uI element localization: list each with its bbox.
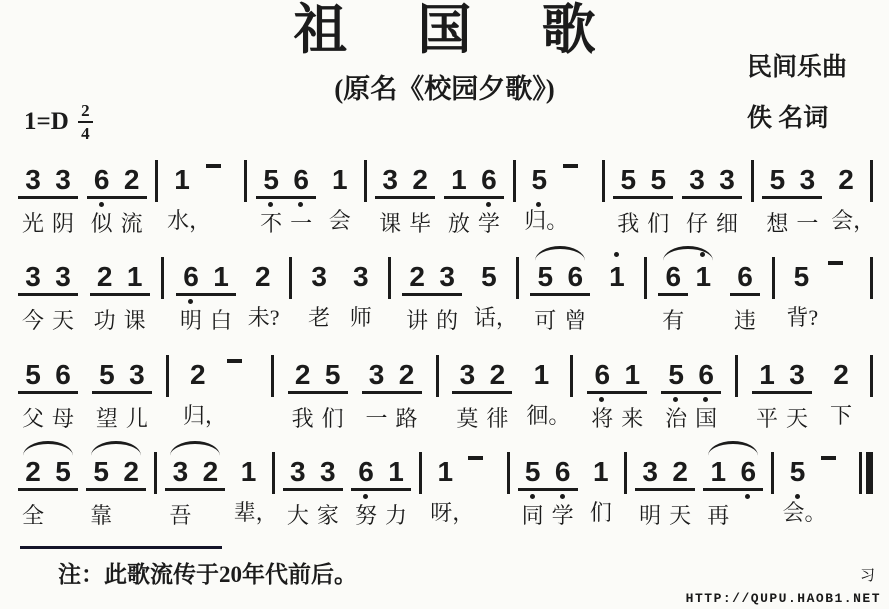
note-row xyxy=(468,440,498,488)
octave-dot-low xyxy=(188,299,193,304)
lyric: 背? xyxy=(786,304,816,332)
lyric-row: 吾 xyxy=(165,502,225,530)
lyric: 课 xyxy=(120,307,150,335)
lyric-row: 课毕 xyxy=(375,210,435,238)
lyric-row: 同学 xyxy=(518,502,578,530)
lyric: 徘 xyxy=(482,405,512,433)
note-row: 1 xyxy=(234,440,264,488)
note: 1 xyxy=(120,261,150,293)
note-group: 2归， xyxy=(183,343,213,430)
note-group: 5话， xyxy=(474,245,504,332)
lyric: 今 xyxy=(18,307,48,335)
lyric: 母 xyxy=(48,405,78,433)
lyric xyxy=(733,502,763,530)
lyric: 来 xyxy=(617,405,647,433)
note: 6 xyxy=(560,261,590,293)
note: 3 xyxy=(792,164,822,196)
octave-dot-low xyxy=(536,202,541,207)
note: 3 xyxy=(48,261,78,293)
meter-numerator: 2 xyxy=(81,102,90,119)
staff-system: 25全52靠32吾1辈，33大家61努力1呀，56同学1们32明天16再5会。 xyxy=(18,440,873,530)
note: 2 xyxy=(826,359,856,391)
lyric: 可 xyxy=(530,307,560,335)
note-group: 3老 xyxy=(304,245,334,332)
note xyxy=(227,359,257,391)
barline xyxy=(272,452,275,494)
note: 5 xyxy=(786,261,816,293)
lyric-row: 下 xyxy=(826,402,856,430)
dash-mark xyxy=(821,456,836,460)
lyric: 国 xyxy=(691,405,721,433)
barline xyxy=(154,452,157,494)
note-group: 62似流 xyxy=(87,148,147,238)
lyric: 路 xyxy=(392,405,422,433)
slur-arc xyxy=(170,441,220,456)
note-group xyxy=(227,343,257,402)
note-row: 62 xyxy=(87,148,147,199)
note-group: 13平天 xyxy=(752,343,812,433)
note: 1 xyxy=(526,359,556,391)
note: 6 xyxy=(474,164,504,196)
note: 2 xyxy=(248,261,278,293)
lyric: 课 xyxy=(375,210,405,238)
lyric-row: 违 xyxy=(730,307,760,335)
note-row: 2 xyxy=(831,148,861,196)
meter-denominator: 4 xyxy=(81,125,90,142)
lyric: 归， xyxy=(183,402,213,430)
note: 1 xyxy=(602,261,632,293)
key-signature: 1=D 2 4 xyxy=(24,102,93,142)
note-row xyxy=(227,343,257,391)
lyric: 学 xyxy=(474,210,504,238)
note: 2 xyxy=(195,456,225,488)
note: 6 xyxy=(733,456,763,488)
note-group: 1呀， xyxy=(430,440,460,527)
note-row: 1 xyxy=(602,245,632,293)
note-group: 52靠 xyxy=(86,440,146,530)
note-row: 32 xyxy=(452,343,512,394)
slur-arc xyxy=(663,246,713,261)
note: 1 xyxy=(206,261,236,293)
lyric-row: 莫徘 xyxy=(452,405,512,433)
note-row: 56 xyxy=(518,440,578,491)
note-group: 32莫徘 xyxy=(452,343,512,433)
note-row: 32 xyxy=(375,148,435,199)
note: 5 xyxy=(783,456,813,488)
note-group: 53想一 xyxy=(762,148,822,238)
barline xyxy=(419,452,422,494)
note-group: 2下 xyxy=(826,343,856,430)
lyric-row: 全 xyxy=(18,502,78,530)
note-row: 53 xyxy=(762,148,822,199)
note-group: 32课毕 xyxy=(375,148,435,238)
note-row: 61 xyxy=(176,245,236,296)
note: 5 xyxy=(86,456,116,488)
note-group: 33大家 xyxy=(283,440,343,530)
lyric: 讲 xyxy=(402,307,432,335)
note: 6 xyxy=(351,456,381,488)
note: 3 xyxy=(48,164,78,196)
credits-block: 民间乐曲 佚 名词 xyxy=(747,42,847,145)
lyric-row: 有 xyxy=(658,307,718,335)
note: 2 xyxy=(116,456,146,488)
lyric-row: 一路 xyxy=(362,405,422,433)
lyric: 将 xyxy=(587,405,617,433)
note-group: 61将来 xyxy=(587,343,647,433)
lyric-row: 老 xyxy=(304,304,334,332)
note-group xyxy=(821,440,851,499)
lyric-row: 归。 xyxy=(524,207,554,235)
note: 6 xyxy=(691,359,721,391)
note xyxy=(828,261,858,293)
lyric: 仔 xyxy=(682,210,712,238)
note-group: 61明白 xyxy=(176,245,236,335)
lyric: 莫 xyxy=(452,405,482,433)
lyric-row: 大家 xyxy=(283,502,343,530)
final-barline-thick xyxy=(866,452,873,494)
lyric: 治 xyxy=(661,405,691,433)
lyric-row: 功课 xyxy=(90,307,150,335)
note-row: 32 xyxy=(635,440,695,491)
note-row: 2 xyxy=(248,245,278,293)
lyric-row: 光阴 xyxy=(18,210,78,238)
lyric-row: 我们 xyxy=(613,210,673,238)
key-tonic: 1=D xyxy=(24,108,69,136)
lyric: 会。 xyxy=(783,499,813,527)
note-row: 23 xyxy=(402,245,462,296)
note xyxy=(563,164,593,196)
lyric: 师 xyxy=(346,304,376,332)
lyric-row: 徊。 xyxy=(526,402,556,430)
dash-mark xyxy=(828,261,843,265)
note-group: 32吾 xyxy=(165,440,225,530)
lyric: 们 xyxy=(318,405,348,433)
watermark-glyph: 习 xyxy=(860,564,875,585)
lyric-row: 辈， xyxy=(234,499,264,527)
note-group: 1会 xyxy=(325,148,355,235)
note-group: 3师 xyxy=(346,245,376,332)
barline xyxy=(570,355,573,397)
note-group: 1徊。 xyxy=(526,343,556,430)
note-group: 5会。 xyxy=(783,440,813,527)
note: 5 xyxy=(92,359,122,391)
lyric: 明 xyxy=(635,502,665,530)
note: 2 xyxy=(117,164,147,196)
lyric: 老 xyxy=(304,304,334,332)
note-row: 56 xyxy=(18,343,78,394)
note-group: 25我们 xyxy=(288,343,348,433)
note-row: 61 xyxy=(587,343,647,394)
note-row: 13 xyxy=(752,343,812,394)
note-group: 33仔细 xyxy=(682,148,742,238)
lyric xyxy=(195,502,225,530)
lyric-row: 治国 xyxy=(661,405,721,433)
credit-music: 民间乐曲 xyxy=(747,42,847,93)
note: 3 xyxy=(122,359,152,391)
note-group: 56同学 xyxy=(518,440,578,530)
note-group: 1 xyxy=(602,245,632,304)
note: 2 xyxy=(392,359,422,391)
lyric: 曾 xyxy=(560,307,590,335)
lyric: 流 xyxy=(117,210,147,238)
note xyxy=(206,164,236,196)
barline xyxy=(735,355,738,397)
note: 6 xyxy=(730,261,760,296)
lyric: 放 xyxy=(444,210,474,238)
barline xyxy=(602,160,605,202)
note: 2 xyxy=(831,164,861,196)
lyric-row: 望儿 xyxy=(92,405,152,433)
note-group: 21功课 xyxy=(90,245,150,335)
note: 3 xyxy=(375,164,405,196)
barline xyxy=(870,257,873,299)
barline xyxy=(870,160,873,202)
lyric: 力 xyxy=(381,502,411,530)
barline xyxy=(507,452,510,494)
note-row: 16 xyxy=(703,440,763,491)
note: 5 xyxy=(474,261,504,293)
note: 5 xyxy=(318,359,348,391)
note-row: 56 xyxy=(661,343,721,394)
lyric: 天 xyxy=(782,405,812,433)
octave-dot-low xyxy=(486,202,491,207)
barline xyxy=(870,355,873,397)
lyric: 呀， xyxy=(430,499,460,527)
lyric-row: 会 xyxy=(325,207,355,235)
note: 1 xyxy=(703,456,733,488)
note-row xyxy=(828,245,858,293)
barline xyxy=(161,257,164,299)
note-group: 16再 xyxy=(703,440,763,530)
barline xyxy=(771,452,774,494)
lyric: 一 xyxy=(362,405,392,433)
note-row: 55 xyxy=(613,148,673,199)
note: 2 xyxy=(18,456,48,488)
note: 3 xyxy=(362,359,392,391)
note-row: 21 xyxy=(90,245,150,296)
lyric: 不 xyxy=(256,210,286,238)
note-group xyxy=(828,245,858,304)
lyric: 努 xyxy=(351,502,381,530)
source-url: HTTP://QUPU.HAOB1.NET xyxy=(686,591,881,606)
note-group: 56治国 xyxy=(661,343,721,433)
slur-arc xyxy=(91,441,141,456)
lyric-row: 我们 xyxy=(288,405,348,433)
lyric: 一 xyxy=(286,210,316,238)
lyric: 辈， xyxy=(234,499,264,527)
octave-dot-low xyxy=(703,397,708,402)
note: 3 xyxy=(313,456,343,488)
note-row: 1 xyxy=(526,343,556,391)
note-row: 61 xyxy=(658,245,718,296)
note-row: 5 xyxy=(786,245,816,293)
note: 3 xyxy=(782,359,812,391)
note-group xyxy=(468,440,498,499)
lyric: 徊。 xyxy=(526,402,556,430)
note-row: 2 xyxy=(826,343,856,391)
note-group: 23讲的 xyxy=(402,245,462,335)
note-group: 25全 xyxy=(18,440,78,530)
note: 2 xyxy=(183,359,213,391)
octave-dot-high xyxy=(614,252,619,257)
lyric-row: 今天 xyxy=(18,307,78,335)
lyric-row: 明天 xyxy=(635,502,695,530)
lyric-row: 水， xyxy=(167,207,197,235)
note-row: 1 xyxy=(430,440,460,488)
lyric: 下 xyxy=(826,402,856,430)
note: 1 xyxy=(752,359,782,391)
note: 1 xyxy=(381,456,411,488)
lyric-row: 平天 xyxy=(752,405,812,433)
note: 6 xyxy=(176,261,206,293)
lyric: 归。 xyxy=(524,207,554,235)
lyric-row: 讲的 xyxy=(402,307,462,335)
lyric: 一 xyxy=(792,210,822,238)
note: 1 xyxy=(234,456,264,488)
lyric-row: 归， xyxy=(183,402,213,430)
note-row xyxy=(563,148,593,196)
note: 2 xyxy=(90,261,120,293)
note: 5 xyxy=(661,359,691,391)
note: 6 xyxy=(658,261,688,296)
slur-arc xyxy=(23,441,73,456)
lyric: 的 xyxy=(432,307,462,335)
note: 3 xyxy=(304,261,334,293)
note: 5 xyxy=(18,359,48,391)
lyric: 再 xyxy=(703,502,733,530)
lyric: 话， xyxy=(474,304,504,332)
lyric-row: 背? xyxy=(786,304,816,332)
note: 6 xyxy=(286,164,316,196)
note-row: 1 xyxy=(586,440,616,488)
note: 2 xyxy=(405,164,435,196)
lyric-row: 似流 xyxy=(87,210,147,238)
note: 2 xyxy=(665,456,695,488)
note-row: 16 xyxy=(444,148,504,199)
note-group: 1们 xyxy=(586,440,616,527)
note-row: 5 xyxy=(524,148,554,196)
lyric-row: 会， xyxy=(831,207,861,235)
lyric: 功 xyxy=(90,307,120,335)
dash-mark xyxy=(227,359,242,363)
lyric: 违 xyxy=(730,307,760,335)
lyric: 父 xyxy=(18,405,48,433)
dash-mark xyxy=(206,164,221,168)
lyric-row: 靠 xyxy=(86,502,146,530)
note: 3 xyxy=(346,261,376,293)
note: 1 xyxy=(430,456,460,488)
lyric: 们 xyxy=(586,499,616,527)
barline xyxy=(436,355,439,397)
note: 3 xyxy=(452,359,482,391)
staff-system: 56父母53望儿2归，25我们32一路32莫徘1徊。61将来56治国13平天2下 xyxy=(18,343,873,433)
lyric: 有 xyxy=(658,307,688,335)
lyric: 会， xyxy=(831,207,861,235)
lyric: 似 xyxy=(87,210,117,238)
note: 1 xyxy=(688,261,718,293)
note-group: 33今天 xyxy=(18,245,78,335)
lyric: 大 xyxy=(283,502,313,530)
lyric-row: 努力 xyxy=(351,502,411,530)
barline xyxy=(513,160,516,202)
lyric-row: 会。 xyxy=(783,499,813,527)
note-row: 56 xyxy=(256,148,316,199)
lyric-row: 师 xyxy=(346,304,376,332)
note-group: 6违 xyxy=(730,245,760,335)
lyric-row: 明白 xyxy=(176,307,236,335)
note: 1 xyxy=(444,164,474,196)
note-group: 61有 xyxy=(658,245,718,335)
octave-dot-low xyxy=(673,397,678,402)
note: 5 xyxy=(518,456,548,488)
note-row xyxy=(821,440,851,488)
note: 6 xyxy=(87,164,117,196)
note-group: 55我们 xyxy=(613,148,673,238)
note-row: 33 xyxy=(18,148,78,199)
barline xyxy=(155,160,158,202)
note: 3 xyxy=(682,164,712,196)
score: 33光阴62似流1水，56不一1会32课毕16放学5归。55我们33仔细53想一… xyxy=(18,148,873,530)
note-group: 5归。 xyxy=(524,148,554,235)
note-group: 33光阴 xyxy=(18,148,78,238)
lyric-row: 不一 xyxy=(256,210,316,238)
lyric-row: 呀， xyxy=(430,499,460,527)
lyric: 白 xyxy=(206,307,236,335)
lyric: 水， xyxy=(167,207,197,235)
note xyxy=(468,456,498,488)
final-barline xyxy=(859,452,873,494)
note-row: 33 xyxy=(18,245,78,296)
note-group: 32明天 xyxy=(635,440,695,530)
note: 1 xyxy=(325,164,355,196)
note-row: 61 xyxy=(351,440,411,491)
lyric-row: 未? xyxy=(248,304,278,332)
note-row: 6 xyxy=(730,245,760,296)
lyric: 望 xyxy=(92,405,122,433)
note-group xyxy=(563,148,593,207)
note xyxy=(821,456,851,488)
octave-dot-low xyxy=(795,494,800,499)
meter-fraction-line xyxy=(78,121,93,123)
lyric: 天 xyxy=(48,307,78,335)
note-row: 52 xyxy=(86,440,146,491)
dash-mark xyxy=(468,456,483,460)
lyric-row: 话， xyxy=(474,304,504,332)
note-group: 56可曾 xyxy=(530,245,590,335)
note: 2 xyxy=(482,359,512,391)
barline xyxy=(624,452,627,494)
note-row xyxy=(206,148,236,196)
lyric: 光 xyxy=(18,210,48,238)
note: 2 xyxy=(402,261,432,293)
barline xyxy=(166,355,169,397)
note: 1 xyxy=(617,359,647,391)
lyric-row: 们 xyxy=(586,499,616,527)
lyric xyxy=(48,502,78,530)
lyric-row: 放学 xyxy=(444,210,504,238)
final-barline-thin xyxy=(859,452,862,494)
octave-dot-low xyxy=(745,494,750,499)
note-group: 5背? xyxy=(786,245,816,332)
note: 5 xyxy=(762,164,792,196)
lyric: 阴 xyxy=(48,210,78,238)
note-row: 2 xyxy=(183,343,213,391)
lyric: 靠 xyxy=(86,502,116,530)
lyric: 想 xyxy=(762,210,792,238)
barline xyxy=(516,257,519,299)
barline xyxy=(364,160,367,202)
lyric-row: 再 xyxy=(703,502,763,530)
